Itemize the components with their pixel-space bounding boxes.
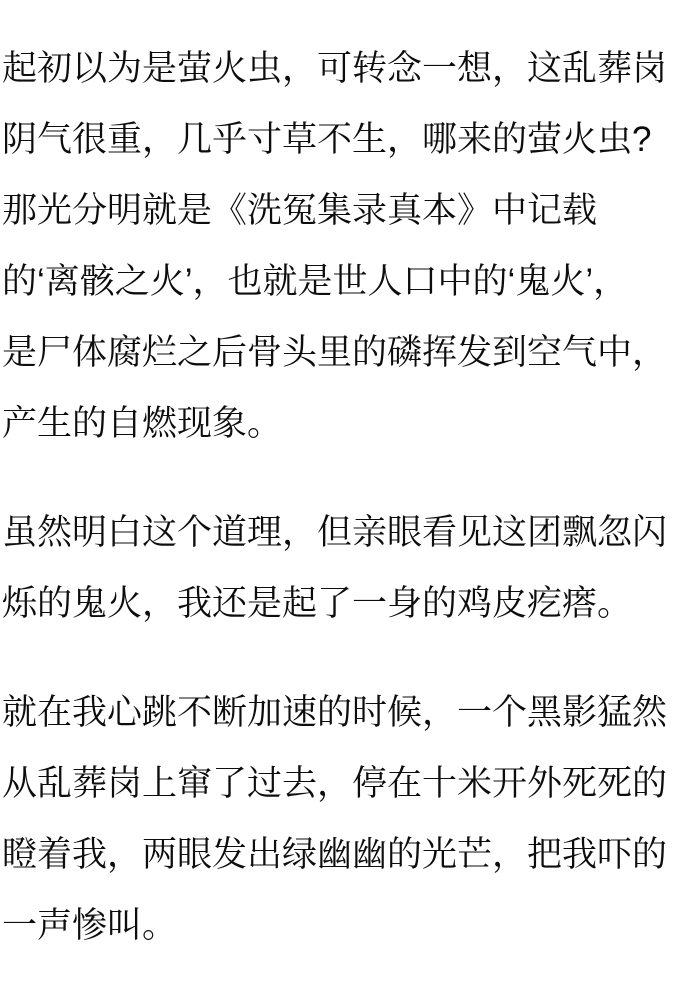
text-line: 的‘离骸之火’，也就是世人口中的‘鬼火’，: [2, 246, 687, 317]
story-text: 起初以为是萤火虫，可转念一想，这乱葬岗阴气很重，几乎寸草不生，哪来的萤火虫?那光…: [0, 0, 693, 961]
text-line: 是尸体腐烂之后骨头里的磷挥发到空气中，: [2, 317, 687, 388]
paragraph: 就在我心跳不断加速的时候，一个黑影猛然从乱葬岗上窜了过去，停在十米开外死死的瞪着…: [2, 677, 687, 961]
text-line: 虽然明白这个道理，但亲眼看见这团飘忽闪: [2, 497, 687, 568]
paragraph: 虽然明白这个道理，但亲眼看见这团飘忽闪烁的鬼火，我还是起了一身的鸡皮疙瘩。: [2, 497, 687, 639]
text-line: 瞪着我，两眼发出绿幽幽的光芒，把我吓的: [2, 819, 687, 890]
text-line: 一声惨叫。: [2, 890, 687, 961]
text-line: 起初以为是萤火虫，可转念一想，这乱葬岗: [2, 33, 687, 104]
text-line: 烁的鬼火，我还是起了一身的鸡皮疙瘩。: [2, 568, 687, 639]
paragraph: 起初以为是萤火虫，可转念一想，这乱葬岗阴气很重，几乎寸草不生，哪来的萤火虫?那光…: [2, 33, 687, 459]
text-line: 产生的自燃现象。: [2, 388, 687, 459]
page: { "page": { "background": "#ffffff", "te…: [0, 0, 693, 1000]
text-line: 阴气很重，几乎寸草不生，哪来的萤火虫?: [2, 104, 687, 175]
text-line: 就在我心跳不断加速的时候，一个黑影猛然: [2, 677, 687, 748]
text-line: 从乱葬岗上窜了过去，停在十米开外死死的: [2, 748, 687, 819]
text-line: 那光分明就是《洗冤集录真本》中记载: [2, 175, 687, 246]
